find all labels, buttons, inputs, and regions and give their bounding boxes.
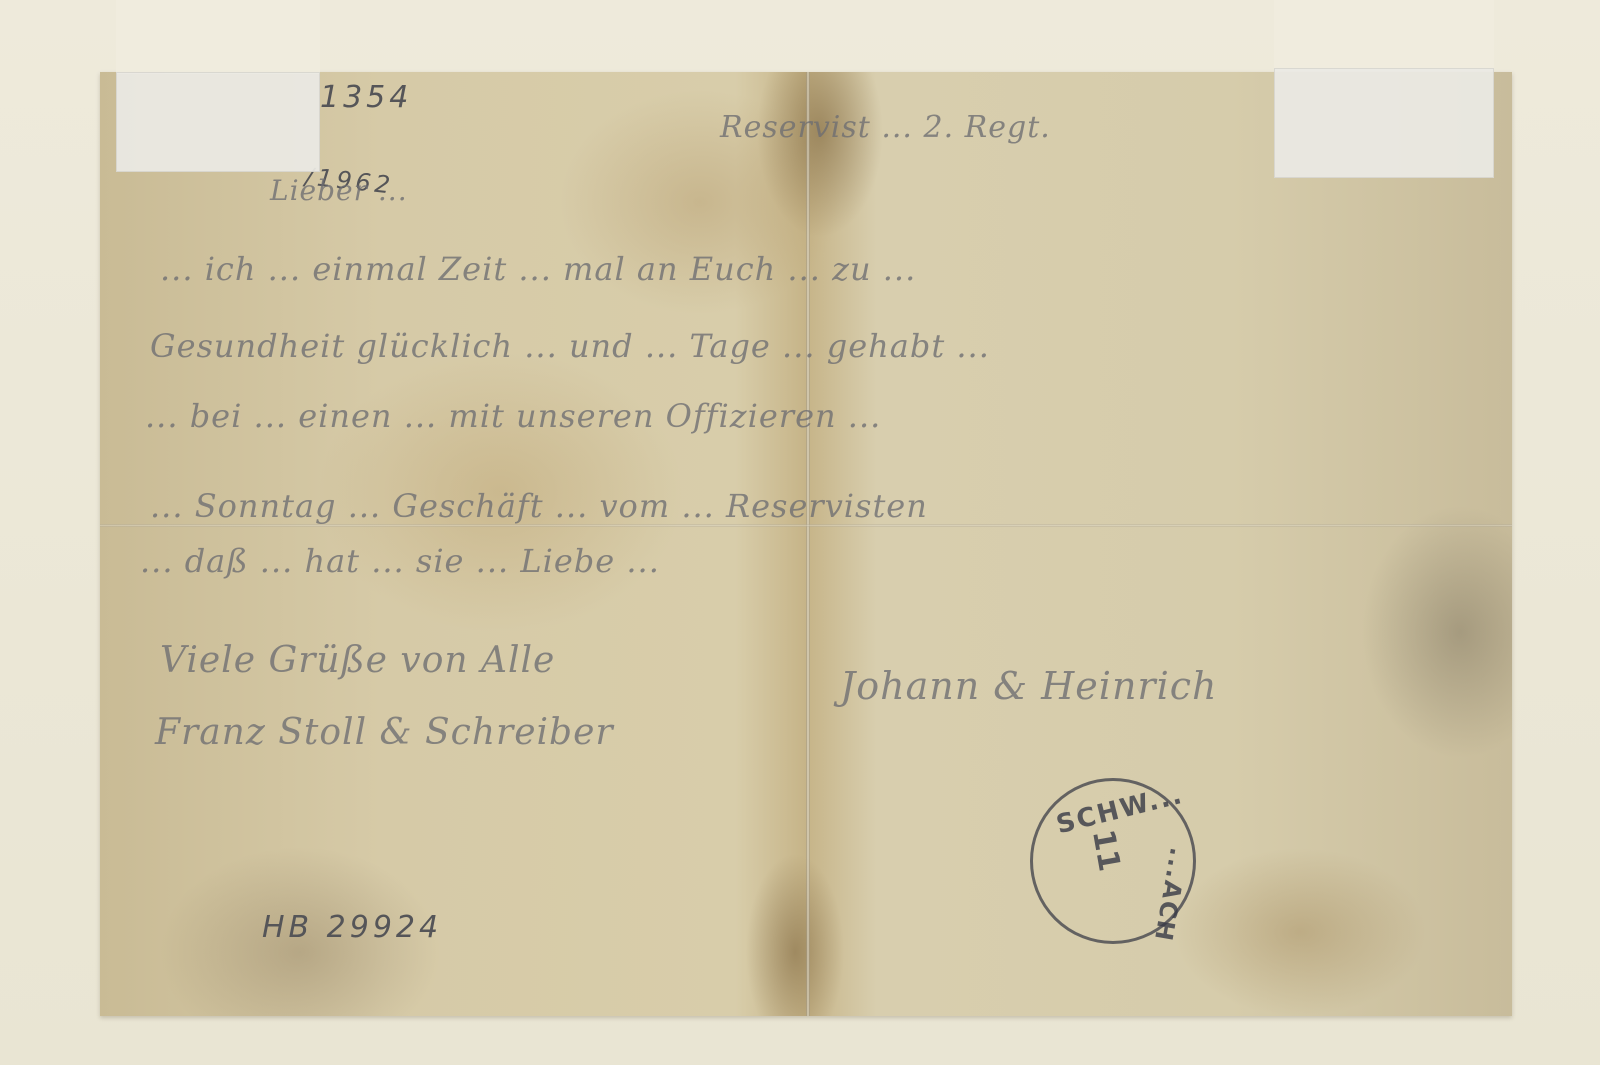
- salutation: Lieber ...: [270, 174, 408, 207]
- inventory-number-bottom: HB 29924: [262, 910, 442, 945]
- postmark-stamp: SCHW... 11 ...ACH: [1030, 778, 1196, 944]
- header-line: Reservist ... 2. Regt.: [720, 110, 1051, 145]
- closing-left-line-2: Franz Stoll & Schreiber: [155, 712, 614, 753]
- vertical-fold-line: [806, 72, 810, 1016]
- hinge-tape-right: [1274, 68, 1494, 178]
- hinge-tape-left-upper: [116, 0, 320, 74]
- hinge-tape-right-upper: [1274, 0, 1494, 70]
- body-line-4: ... Sonntag ... Geschäft ... vom ... Res…: [150, 487, 928, 525]
- body-line-2: Gesundheit glücklich ... und ... Tage ..…: [150, 327, 990, 365]
- postmark-middle-text: 11: [1085, 827, 1127, 874]
- hinge-tape-left: [116, 72, 320, 172]
- inventory-number-top: 1354: [320, 80, 412, 115]
- postcard: 1354 /1962 Reservist ... 2. Regt. Lieber…: [100, 72, 1512, 1016]
- body-line-5: ... daß ... hat ... sie ... Liebe ...: [140, 542, 660, 580]
- body-line-1: ... ich ... einmal Zeit ... mal an Euch …: [160, 250, 916, 288]
- closing-left-line-1: Viele Grüße von Alle: [160, 640, 555, 681]
- closing-right: Johann & Heinrich: [840, 664, 1218, 708]
- body-line-3: ... bei ... einen ... mit unseren Offizi…: [145, 397, 881, 435]
